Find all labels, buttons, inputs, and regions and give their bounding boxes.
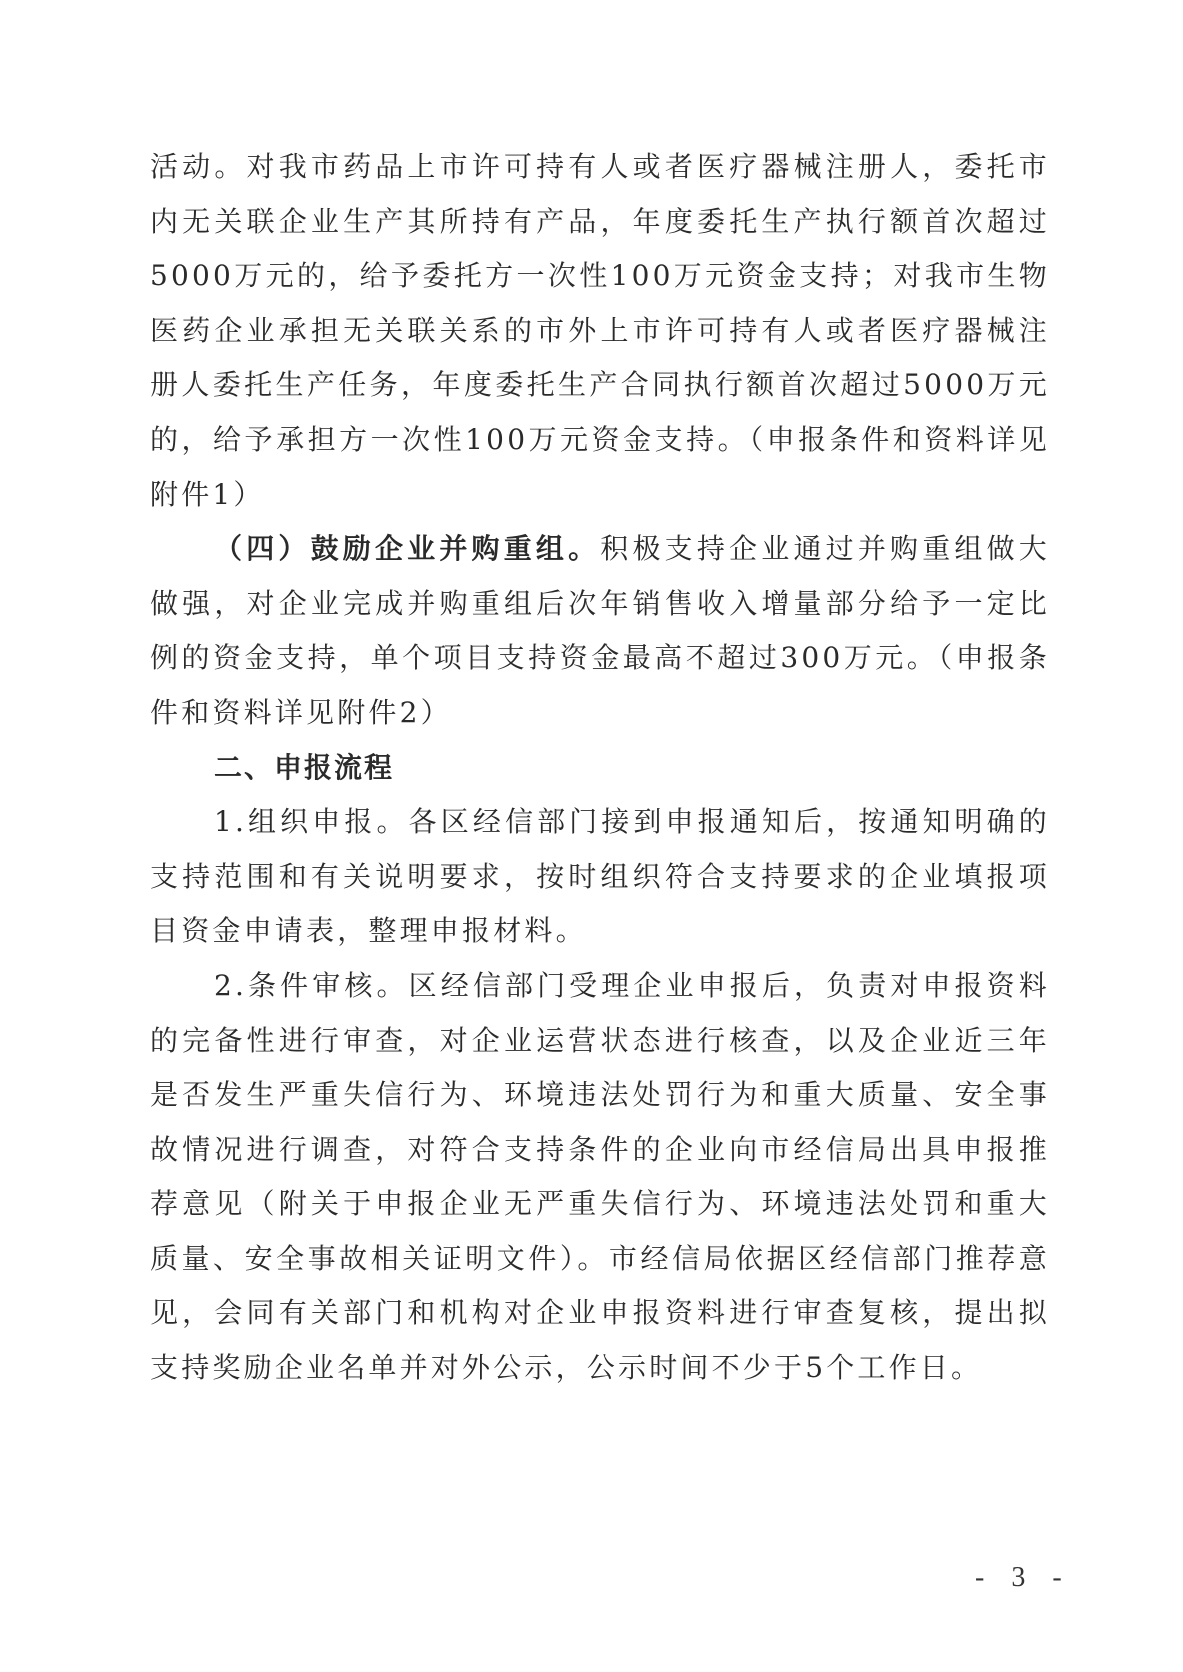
paragraph-item-four: （四）鼓励企业并购重组。积极支持企业通过并购重组做大做强，对企业完成并购重组后次…: [150, 522, 1050, 740]
paragraph-step-2: 2.条件审核。区经信部门受理企业申报后，负责对申报资料的完备性进行审查，对企业运…: [150, 959, 1050, 1396]
section-heading: 二、申报流程: [150, 741, 1050, 796]
item-heading: （四）鼓励企业并购重组。: [214, 532, 600, 565]
paragraph-continuation: 活动。对我市药品上市许可持有人或者医疗器械注册人，委托市内无关联企业生产其所持有…: [150, 140, 1050, 522]
document-page: 活动。对我市药品上市许可持有人或者医疗器械注册人，委托市内无关联企业生产其所持有…: [0, 0, 1183, 1672]
body-text: 活动。对我市药品上市许可持有人或者医疗器械注册人，委托市内无关联企业生产其所持有…: [150, 140, 1050, 1396]
page-number: - 3 -: [975, 1562, 1072, 1594]
paragraph-step-1: 1.组织申报。各区经信部门接到申报通知后，按通知明确的支持范围和有关说明要求，按…: [150, 795, 1050, 959]
